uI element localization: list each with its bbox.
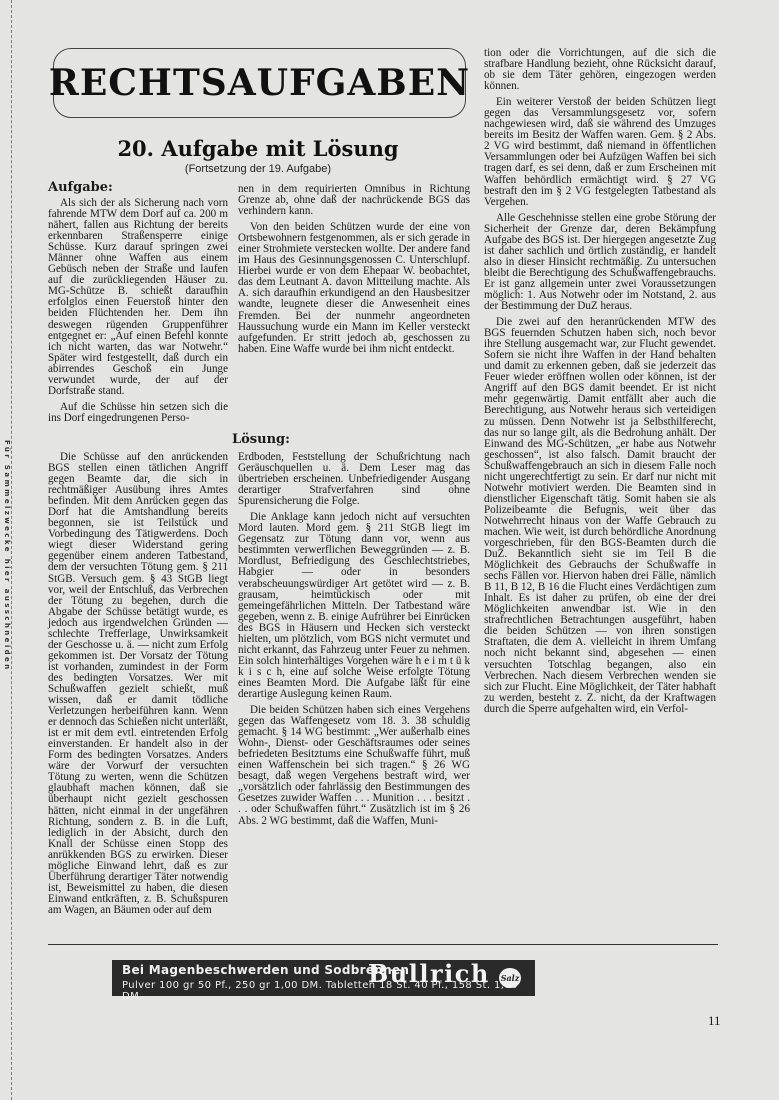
loesung-left-column: Die Schüsse auf den anrückenden BGS stel…: [48, 452, 228, 921]
cut-instruction: Für Sammelzwecke hier ausschneiden: [3, 438, 11, 674]
salz-badge-icon: Salz: [499, 968, 521, 988]
paragraph: Auf die Schüsse hin setzen sich die ins …: [48, 402, 228, 424]
paragraph: Die beiden Schützen haben sich eines Ver…: [238, 705, 470, 827]
page-number: 11: [708, 1013, 721, 1029]
paragraph: nen in dem requirierten Omnibus in Richt…: [238, 184, 470, 217]
article-title: 20. Aufgabe mit Lösung: [48, 136, 468, 161]
continuation-note: (Fortsetzung der 19. Aufgabe): [48, 163, 468, 175]
paragraph: tion oder die Vorrichtungen, auf die sic…: [484, 48, 716, 92]
bottom-divider: [48, 944, 718, 945]
paragraph: Alle Geschehnisse stellen eine grobe Stö…: [484, 213, 716, 312]
cut-line: [11, 0, 12, 1100]
loesung-right-column: tion oder die Vorrichtungen, auf die sic…: [484, 48, 716, 720]
ad-brand: Bullrich: [368, 959, 490, 988]
advertisement-banner: Bei Magenbeschwerden und Sodbrennen Pulv…: [112, 960, 535, 996]
paragraph: Die Anklage kann jedoch nicht auf versuc…: [238, 512, 470, 700]
paragraph: Erdboden, Feststellung der Schußrichtung…: [238, 452, 470, 507]
paragraph: Als sich der als Sicherung nach vorn fah…: [48, 198, 228, 397]
loesung-middle-column: Erdboden, Feststellung der Schußrichtung…: [238, 452, 470, 832]
aufgabe-left-column: Als sich der als Sicherung nach vorn fah…: [48, 198, 228, 429]
aufgabe-middle-column: nen in dem requirierten Omnibus in Richt…: [238, 184, 470, 360]
paragraph: Die zwei auf den heranrückenden MTW des …: [484, 317, 716, 715]
paragraph: Von den beiden Schützen wurde der eine v…: [238, 222, 470, 355]
section-title-box: RECHTSAUFGABEN: [53, 48, 466, 118]
aufgabe-heading: Aufgabe:: [48, 180, 113, 195]
paragraph: Ein weiterer Verstoß der beiden Schützen…: [484, 97, 716, 207]
ad-headline: Bei Magenbeschwerden und Sodbrennen: [122, 963, 409, 977]
loesung-heading: Lösung:: [232, 432, 290, 447]
section-title: RECHTSAUFGABEN: [49, 62, 470, 104]
paragraph: Die Schüsse auf den anrückenden BGS stel…: [48, 452, 228, 916]
